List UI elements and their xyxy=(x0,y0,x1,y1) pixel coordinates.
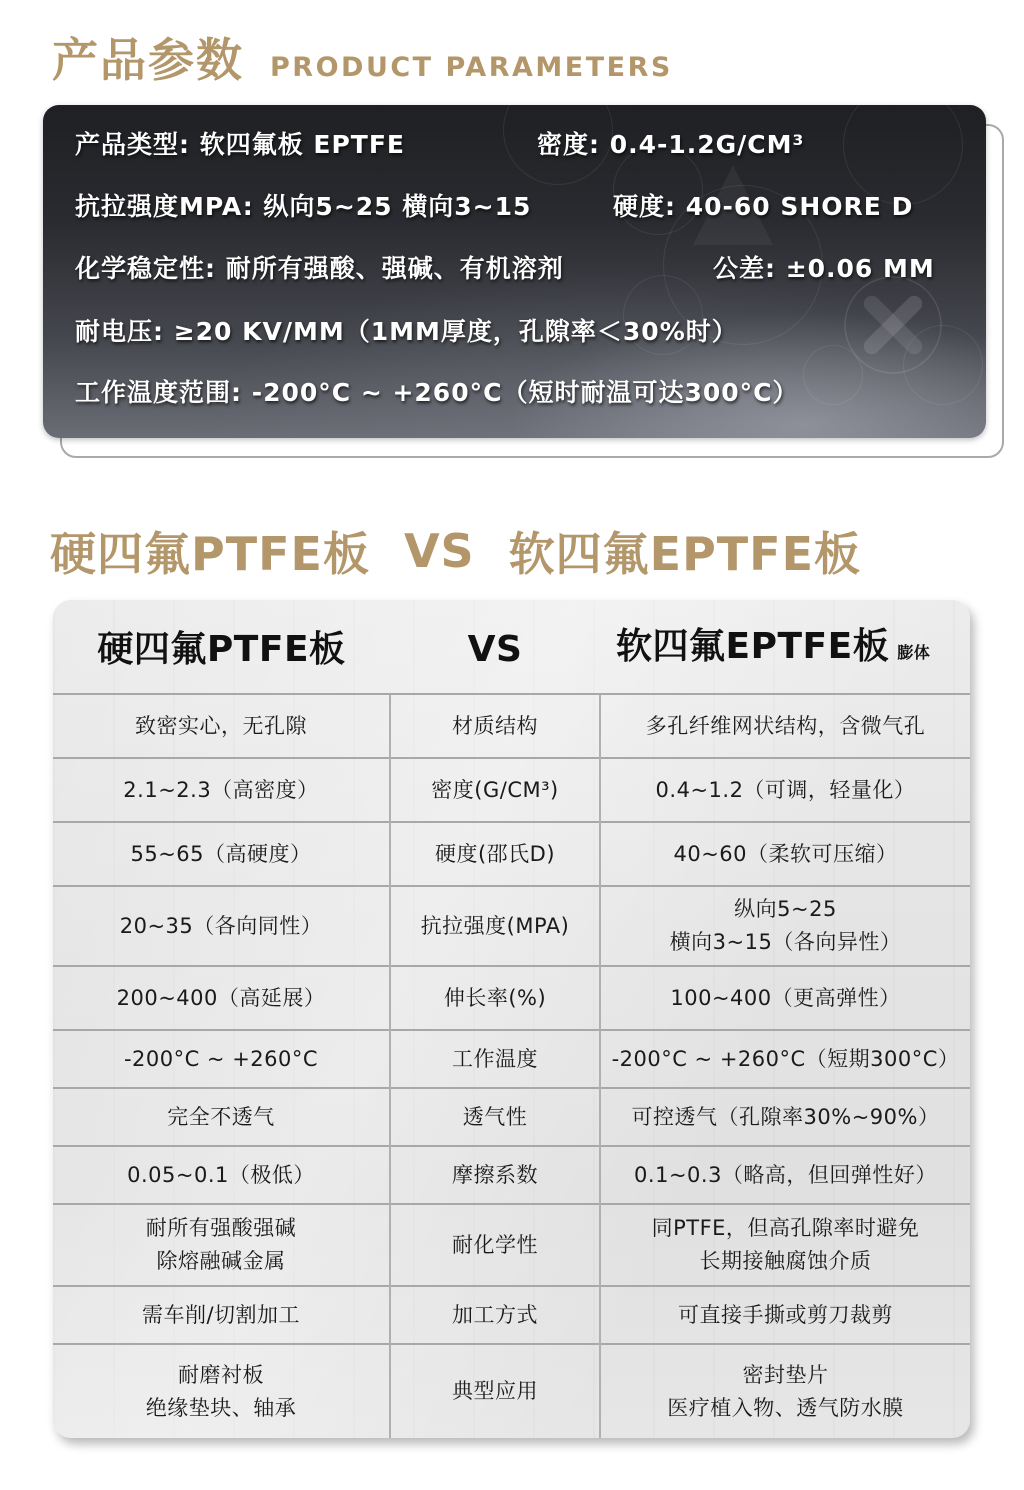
section-title-zh: 产品参数 xyxy=(52,30,244,90)
section-title-right: 软四氟EPTFE板 xyxy=(509,518,861,584)
cell-ptfe: 完全不透气 xyxy=(53,1088,390,1146)
cell-ptfe-line: 耐磨衬板 xyxy=(53,1359,389,1392)
cell-property: 摩擦系数 xyxy=(390,1146,600,1204)
table-row: 2.1~2.3（高密度）密度(G/CM³)0.4~1.2（可调，轻量化） xyxy=(53,758,970,822)
cell-eptfe-line: 可控透气（孔隙率30%~90%） xyxy=(601,1101,970,1134)
table-row: 耐磨衬板绝缘垫块、轴承典型应用密封垫片医疗植入物、透气防水膜 xyxy=(53,1344,970,1438)
param-density: 密度: 0.4-1.2G/CM³ xyxy=(537,125,804,161)
param-product-type: 产品类型: 软四氟板 EPTFE xyxy=(75,125,405,161)
comparison-table: 硬四氟PTFE板 VS 软四氟EPTFE板膨体 致密实心，无孔隙材质结构多孔纤维… xyxy=(53,600,970,1438)
cell-property: 密度(G/CM³) xyxy=(390,758,600,822)
cell-ptfe: 需车削/切割加工 xyxy=(53,1286,390,1344)
section-title-product-parameters: 产品参数 PRODUCT PARAMETERS xyxy=(52,30,673,90)
section-title-left: 硬四氟PTFE板 xyxy=(50,518,370,584)
cell-ptfe-line: 需车削/切割加工 xyxy=(53,1299,389,1332)
header-ptfe: 硬四氟PTFE板 xyxy=(53,600,390,694)
cell-property: 耐化学性 xyxy=(390,1204,600,1286)
cell-eptfe-line: 40~60（柔软可压缩） xyxy=(601,838,970,871)
cell-eptfe-line: 医疗植入物、透气防水膜 xyxy=(601,1392,970,1425)
cell-eptfe: -200°C ~ +260°C（短期300°C） xyxy=(600,1030,970,1088)
header-vs: VS xyxy=(390,600,600,694)
table-body: 致密实心，无孔隙材质结构多孔纤维网状结构，含微气孔2.1~2.3（高密度）密度(… xyxy=(53,694,970,1438)
table-row: 致密实心，无孔隙材质结构多孔纤维网状结构，含微气孔 xyxy=(53,694,970,758)
cell-eptfe-line: 0.1~0.3（略高，但回弹性好） xyxy=(601,1159,970,1192)
table-header-row: 硬四氟PTFE板 VS 软四氟EPTFE板膨体 xyxy=(53,600,970,694)
param-chemical: 化学稳定性: 耐所有强酸、强碱、有机溶剂 xyxy=(75,249,564,285)
table-row: 完全不透气透气性可控透气（孔隙率30%~90%） xyxy=(53,1088,970,1146)
cell-eptfe: 多孔纤维网状结构，含微气孔 xyxy=(600,694,970,758)
cell-ptfe: 耐所有强酸强碱除熔融碱金属 xyxy=(53,1204,390,1286)
table-row: 需车削/切割加工加工方式可直接手撕或剪刀裁剪 xyxy=(53,1286,970,1344)
section-title-comparison: 硬四氟PTFE板 VS 软四氟EPTFE板 xyxy=(50,518,861,584)
cell-eptfe-line: 纵向5~25 xyxy=(601,893,970,926)
cell-ptfe-line: 绝缘垫块、轴承 xyxy=(53,1392,389,1425)
param-card: 产品类型: 软四氟板 EPTFE 密度: 0.4-1.2G/CM³ 抗拉强度MP… xyxy=(43,105,986,438)
cell-eptfe: 纵向5~25横向3~15（各向异性） xyxy=(600,886,970,966)
table-row: 55~65（高硬度）硬度(邵氏D)40~60（柔软可压缩） xyxy=(53,822,970,886)
cell-property: 透气性 xyxy=(390,1088,600,1146)
cell-ptfe-line: 200~400（高延展） xyxy=(53,982,389,1015)
table-row: 20~35（各向同性）抗拉强度(MPA)纵向5~25横向3~15（各向异性） xyxy=(53,886,970,966)
cell-ptfe: 20~35（各向同性） xyxy=(53,886,390,966)
cell-ptfe: 55~65（高硬度） xyxy=(53,822,390,886)
table-row: -200°C ~ +260°C工作温度-200°C ~ +260°C（短期300… xyxy=(53,1030,970,1088)
cell-ptfe: 0.05~0.1（极低） xyxy=(53,1146,390,1204)
cell-ptfe-line: -200°C ~ +260°C xyxy=(53,1043,389,1076)
table-row: 200~400（高延展）伸长率(%)100~400（更高弹性） xyxy=(53,966,970,1030)
param-tolerance: 公差: ±0.06 MM xyxy=(713,249,935,285)
cell-eptfe-line: 0.4~1.2（可调，轻量化） xyxy=(601,774,970,807)
cell-eptfe: 100~400（更高弹性） xyxy=(600,966,970,1030)
cell-eptfe: 可直接手撕或剪刀裁剪 xyxy=(600,1286,970,1344)
cell-property: 材质结构 xyxy=(390,694,600,758)
header-eptfe: 软四氟EPTFE板膨体 xyxy=(600,600,970,694)
cell-ptfe: 2.1~2.3（高密度） xyxy=(53,758,390,822)
cell-ptfe: 200~400（高延展） xyxy=(53,966,390,1030)
table-row: 耐所有强酸强碱除熔融碱金属耐化学性同PTFE，但高孔隙率时避免长期接触腐蚀介质 xyxy=(53,1204,970,1286)
cell-eptfe-line: 100~400（更高弹性） xyxy=(601,982,970,1015)
cell-property: 典型应用 xyxy=(390,1344,600,1438)
cell-eptfe-line: 密封垫片 xyxy=(601,1359,970,1392)
table-row: 0.05~0.1（极低）摩擦系数0.1~0.3（略高，但回弹性好） xyxy=(53,1146,970,1204)
cell-eptfe: 0.1~0.3（略高，但回弹性好） xyxy=(600,1146,970,1204)
cell-property: 硬度(邵氏D) xyxy=(390,822,600,886)
param-voltage: 耐电压: ≥20 KV/MM（1MM厚度，孔隙率＜30%时） xyxy=(75,312,738,348)
cell-property: 伸长率(%) xyxy=(390,966,600,1030)
cell-eptfe-line: 多孔纤维网状结构，含微气孔 xyxy=(601,710,970,743)
cell-ptfe: 耐磨衬板绝缘垫块、轴承 xyxy=(53,1344,390,1438)
cell-ptfe-line: 20~35（各向同性） xyxy=(53,910,389,943)
cell-eptfe: 同PTFE，但高孔隙率时避免长期接触腐蚀介质 xyxy=(600,1204,970,1286)
cell-ptfe-line: 55~65（高硬度） xyxy=(53,838,389,871)
decor-bandage-icon xyxy=(843,275,943,375)
cell-ptfe-line: 2.1~2.3（高密度） xyxy=(53,774,389,807)
cell-ptfe: -200°C ~ +260°C xyxy=(53,1030,390,1088)
cell-ptfe-line: 0.05~0.1（极低） xyxy=(53,1159,389,1192)
header-eptfe-label: 软四氟EPTFE板 xyxy=(616,626,889,667)
cell-eptfe-line: 横向3~15（各向异性） xyxy=(601,926,970,959)
cell-eptfe: 40~60（柔软可压缩） xyxy=(600,822,970,886)
cell-property: 加工方式 xyxy=(390,1286,600,1344)
section-title-en: PRODUCT PARAMETERS xyxy=(270,38,673,98)
cell-eptfe-line: 同PTFE，但高孔隙率时避免 xyxy=(601,1212,970,1245)
cell-ptfe-line: 完全不透气 xyxy=(53,1101,389,1134)
cell-ptfe: 致密实心，无孔隙 xyxy=(53,694,390,758)
cell-eptfe-line: -200°C ~ +260°C（短期300°C） xyxy=(601,1043,970,1076)
cell-eptfe: 可控透气（孔隙率30%~90%） xyxy=(600,1088,970,1146)
comparison-table-card: 硬四氟PTFE板 VS 软四氟EPTFE板膨体 致密实心，无孔隙材质结构多孔纤维… xyxy=(53,600,970,1438)
cell-eptfe: 0.4~1.2（可调，轻量化） xyxy=(600,758,970,822)
cell-eptfe-line: 长期接触腐蚀介质 xyxy=(601,1245,970,1278)
cell-eptfe: 密封垫片医疗植入物、透气防水膜 xyxy=(600,1344,970,1438)
cell-property: 工作温度 xyxy=(390,1030,600,1088)
param-hardness: 硬度: 40-60 SHORE D xyxy=(613,187,913,223)
cell-property: 抗拉强度(MPA) xyxy=(390,886,600,966)
cell-ptfe-line: 耐所有强酸强碱 xyxy=(53,1212,389,1245)
header-eptfe-note: 膨体 xyxy=(897,643,930,662)
cell-eptfe-line: 可直接手撕或剪刀裁剪 xyxy=(601,1299,970,1332)
section-title-vs: VS xyxy=(404,524,475,578)
param-temperature: 工作温度范围: -200°C ~ +260°C（短时耐温可达300°C） xyxy=(75,373,798,409)
cell-ptfe-line: 致密实心，无孔隙 xyxy=(53,710,389,743)
cell-ptfe-line: 除熔融碱金属 xyxy=(53,1245,389,1278)
param-tensile: 抗拉强度MPA: 纵向5~25 横向3~15 xyxy=(75,187,531,223)
